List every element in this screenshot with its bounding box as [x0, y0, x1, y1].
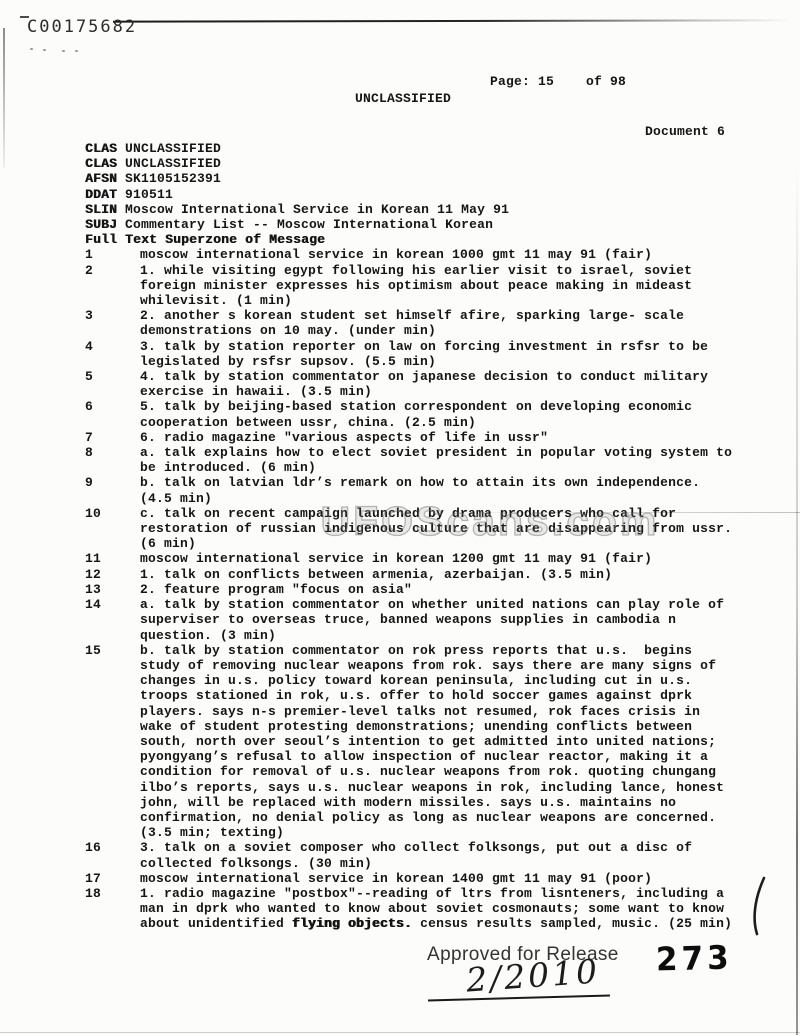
item-text: moscow international service in korean 1… [140, 871, 652, 886]
item-text: 1. while visiting egypt following his ea… [140, 263, 692, 309]
item-text: moscow international service in korean 1… [140, 551, 652, 566]
list-item: 9b. talk on latvian ldr’s remark on how … [85, 475, 757, 505]
list-item: 43. talk by station reporter on law on f… [85, 339, 757, 369]
metadata-line: CLAS UNCLASSIFIED [85, 156, 757, 171]
superzone-list: 1moscow international service in korean … [85, 247, 757, 931]
item-text: 3. talk on a soviet composer who collect… [140, 840, 692, 870]
item-number: 9 [85, 475, 140, 505]
typed-text-block: CLAS UNCLASSIFIEDCLAS UNCLASSIFIEDAFSN S… [85, 141, 757, 932]
scan-speck [43, 49, 46, 51]
item-number: 7 [85, 430, 140, 445]
item-number: 4 [85, 339, 140, 369]
item-text: 5. talk by beijing-based station corresp… [140, 399, 692, 429]
item-text: 2. feature program "focus on asia" [140, 582, 412, 597]
list-item: 65. talk by beijing-based station corres… [85, 399, 757, 429]
metadata-tag: SLIN [85, 202, 117, 217]
list-item: 76. radio magazine "various aspects of l… [85, 430, 757, 445]
metadata-line: SLIN Moscow International Service in Kor… [85, 202, 757, 217]
metadata-line: DDAT 910511 [85, 187, 757, 202]
handwritten-page-number: 273 [656, 939, 734, 979]
metadata-tag: DDAT [85, 187, 117, 202]
list-item: 11moscow international service in korean… [85, 551, 757, 566]
item-text: 1. radio magazine "postbox"--reading of … [140, 886, 732, 932]
list-item: 121. talk on conflicts between armenia, … [85, 567, 757, 582]
classification-banner: UNCLASSIFIED [355, 91, 451, 106]
list-item: 181. radio magazine "postbox"--reading o… [85, 886, 757, 932]
item-number: 13 [85, 582, 140, 597]
item-number: 17 [85, 871, 140, 886]
document-label: Document 6 [645, 124, 725, 139]
item-number: 2 [85, 263, 140, 309]
left-scan-edge [3, 28, 5, 168]
top-scan-line [113, 19, 791, 22]
item-number: 15 [85, 643, 140, 841]
handwritten-date: 2/2010 [465, 951, 602, 999]
list-item: 163. talk on a soviet composer who colle… [85, 840, 757, 870]
item-number: 11 [85, 551, 140, 566]
bold-phrase: flying objects. [292, 916, 412, 931]
item-text: 2. another s korean student set himself … [140, 308, 684, 338]
list-item: 132. feature program "focus on asia" [85, 582, 757, 597]
list-item: 54. talk by station commentator on japan… [85, 369, 757, 399]
item-number: 12 [85, 567, 140, 582]
item-number: 3 [85, 308, 140, 338]
metadata-tag: CLAS [85, 141, 117, 156]
item-text: 1. talk on conflicts between armenia, az… [140, 567, 612, 582]
list-item: 32. another s korean student set himself… [85, 308, 757, 338]
metadata-tag: SUBJ [85, 217, 117, 232]
item-text: a. talk by station commentator on whethe… [140, 597, 724, 643]
metadata-line: CLAS UNCLASSIFIED [85, 141, 757, 156]
list-item: 15b. talk by station commentator on rok … [85, 643, 757, 841]
item-text: 6. radio magazine "various aspects of li… [140, 430, 548, 445]
bottom-scan-edge [0, 1032, 800, 1033]
item-number: 10 [85, 506, 140, 552]
item-number: 5 [85, 369, 140, 399]
page-number-line: Page: 15 of 98 [490, 74, 626, 89]
item-number: 18 [85, 886, 140, 932]
list-item: 14a. talk by station commentator on whet… [85, 597, 757, 643]
metadata-line: SUBJ Commentary List -- Moscow Internati… [85, 217, 757, 232]
item-number: 16 [85, 840, 140, 870]
list-item: 1moscow international service in korean … [85, 247, 757, 262]
item-text: c. talk on recent campaign launched by d… [140, 506, 732, 552]
document-id: C00175682 [27, 17, 137, 37]
item-text: 3. talk by station reporter on law on fo… [140, 339, 708, 369]
item-text: moscow international service in korean 1… [140, 247, 652, 262]
section-heading: Full Text Superzone of Message [85, 232, 757, 247]
metadata-block: CLAS UNCLASSIFIEDCLAS UNCLASSIFIEDAFSN S… [85, 141, 757, 232]
item-text: a. talk explains how to elect soviet pre… [140, 445, 732, 475]
item-number: 6 [85, 399, 140, 429]
scan-speck [75, 50, 78, 52]
metadata-line: AFSN SK1105152391 [85, 171, 757, 186]
item-number: 14 [85, 597, 140, 643]
scan-speck [30, 48, 33, 50]
scan-speck [62, 50, 65, 52]
item-text: b. talk on latvian ldr’s remark on how t… [140, 475, 700, 505]
item-text: 4. talk by station commentator on japane… [140, 369, 708, 399]
item-text: b. talk by station commentator on rok pr… [140, 643, 724, 841]
list-item: 8a. talk explains how to elect soviet pr… [85, 445, 757, 475]
list-item: 17moscow international service in korean… [85, 871, 757, 886]
metadata-tag: AFSN [85, 171, 117, 186]
metadata-tag: CLAS [85, 156, 117, 171]
list-item: 21. while visiting egypt following his e… [85, 263, 757, 309]
item-number: 1 [85, 247, 140, 262]
right-scan-edge [796, 168, 798, 1035]
scanned-page: C00175682 Page: 15 of 98 UNCLASSIFIED Do… [0, 0, 800, 1035]
pen-stroke-mark [740, 872, 772, 942]
item-number: 8 [85, 445, 140, 475]
list-item: 10c. talk on recent campaign launched by… [85, 506, 757, 552]
